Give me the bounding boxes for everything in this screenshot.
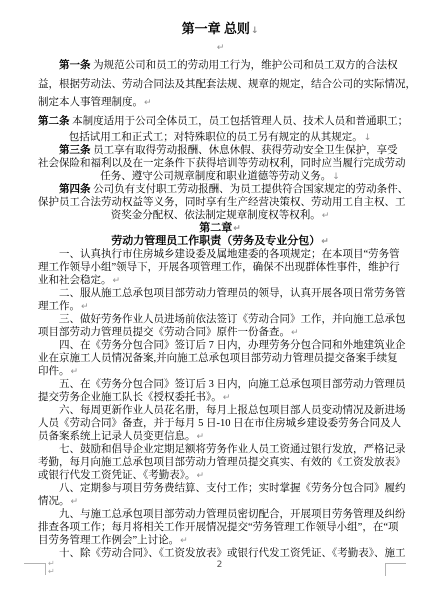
paragraph-mark-icon: ↓: [331, 172, 340, 182]
text-run: 人员《劳动合同》备查，并于每月 5 日-10 日在市住房城乡建设委劳务合同及人: [38, 418, 401, 429]
doc-line: 任务、遵守公司规章制度和职业道德等劳动义务。↓: [38, 170, 402, 183]
doc-line: 第二章↵: [38, 222, 402, 235]
paragraph-mark-icon: ↵: [320, 237, 329, 247]
doc-line: 排查各项工作；每月将相关工作开展情况提交“劳务管理工作领导小组”，在“项: [38, 521, 402, 534]
paragraph-mark-icon: ↵: [196, 471, 205, 481]
text-boundary-corner-right-icon: [385, 563, 406, 576]
doc-line: 项目部劳动力管理员提交《劳动合同》原件一份备查。↵: [38, 326, 402, 339]
bold-text-run: 劳动力管理员工作职责（劳务及专业分包）: [111, 235, 320, 247]
text-run: 社会保险和福利以及在一定条件下获得培训等劳动权利，同时应当履行完成劳动: [38, 158, 406, 169]
text-run: 三、做好劳务作业人员进场前依法签订《劳动合同》工作，并向施工总承包: [59, 314, 406, 325]
doc-line: 第二条 本制度适用于公司全体员工，员工包括管理人员、技术人员和普通职工；: [38, 113, 402, 132]
paragraph-mark-icon: ↵: [232, 224, 241, 234]
doc-line: 第三条 员工享有取得劳动报酬、休息休假、获得劳动安全卫生保护，享受: [38, 144, 402, 157]
paragraph-mark-icon: ↵: [143, 98, 152, 108]
doc-line: 或银行代发工资凭证、《考勤表》。↵: [38, 469, 402, 482]
doc-line: 制定本人事管理制度。↵: [38, 94, 402, 113]
doc-line: 益，根据劳动法、劳动合同法及其配套法规、规章的规定，结合公司的实际情况，: [38, 76, 402, 95]
doc-line: 目劳务管理工作例会”上讨论。↵: [38, 534, 402, 547]
doc-line: 九、与施工总承包项目部劳动力管理员密切配合，开展项目劳务管理及纠纷: [38, 508, 402, 521]
bold-text-run: 第二章: [199, 222, 232, 234]
text-run: 情况。: [38, 496, 70, 507]
text-run: 公司负有支付职工劳动报酬、为员工提供符合国家规定的劳动条件、: [91, 184, 409, 195]
doc-line: 八、定期参与项目劳务费结算、支付工作；实时掌握《劳务分包合同》履约: [38, 482, 402, 495]
text-run: 提交劳务企业施工队长《授权委托书》。: [38, 392, 222, 403]
text-run: 制定本人事管理制度。: [38, 97, 143, 108]
doc-line: 业和社会稳定。↵: [38, 274, 402, 287]
paragraph-mark-icon: ↵: [80, 302, 89, 312]
text-run: 包括试用工和正式工；对特殊职位的员工另有规定的从其规定。: [69, 132, 363, 143]
doc-line: 员备案系统上记录人员变更信息。↵: [38, 430, 402, 443]
doc-line: 五、在《劳务分包合同》签订后 3 日内，向施工总承包项目部劳动力管理员: [38, 378, 402, 391]
doc-line: 包括试用工和正式工；对特殊职位的员工另有规定的从其规定。↓: [38, 131, 402, 144]
bold-text-run: 第四条: [59, 184, 91, 195]
doc-line: 业在京施工人员情况备案,并向施工总承包项目部劳动力管理员提交备案手续复: [38, 352, 402, 365]
text-run: 二、服从施工总承包项目部劳动力管理员的领导，认真开展各项日常劳务管: [59, 288, 406, 299]
doc-line: 第一章 总则↓: [38, 20, 402, 39]
text-run: 一、认真执行市住房城乡建设委及属地建委的各项规定；在本项目“劳务管: [59, 249, 400, 260]
doc-line: 资奖金分配权、依法制定规章制度权等权利。↵: [38, 209, 402, 222]
bold-text-run: 第一条: [59, 60, 91, 71]
doc-line: 第四条 公司负有支付职工劳动报酬、为员工提供符合国家规定的劳动条件、: [38, 183, 402, 196]
doc-line: 印件。↵: [38, 365, 402, 378]
paragraph-mark-icon: ↵: [70, 367, 79, 377]
doc-line: 社会保险和福利以及在一定条件下获得培训等劳动权利，同时应当履行完成劳动: [38, 157, 402, 170]
text-run: 益，根据劳动法、劳动合同法及其配套法规、规章的规定，结合公司的实际情况，: [38, 79, 416, 90]
text-run: 七、鼓励和倡导企业定期足额将劳务作业人员工资通过银行发放，严格记录: [59, 444, 406, 455]
text-run: 印件。: [38, 366, 70, 377]
text-run: 项目部劳动力管理员提交《劳动合同》原件一份备查。: [38, 327, 290, 338]
paragraph-mark-icon: ↵: [179, 536, 188, 546]
bold-text-run: 第二条: [38, 116, 70, 127]
paragraph-mark-icon: ↓: [250, 26, 259, 36]
text-run: 四、在《劳务分包合同》签订后 7 日内，办理劳务分包合同和外地建筑业企: [59, 340, 406, 351]
doc-line: 劳动力管理员工作职责（劳务及专业分包）↵: [38, 235, 402, 248]
text-run: 八、定期参与项目劳务费结算、支付工作；实时掌握《劳务分包合同》履约: [59, 483, 406, 494]
doc-line: 十、除《劳动合同》、《工资发放表》或银行代发工资凭证、《考勤表》、施工: [38, 547, 402, 560]
text-run: 任务、遵守公司规章制度和职业道德等劳动义务。: [100, 171, 331, 182]
text-run: 考勤，每月向施工总承包项目部劳动力管理员提交真实、有效的《工资发放表》: [38, 457, 406, 468]
doc-line: 七、鼓励和倡导企业定期足额将劳务作业人员工资通过银行发放，严格记录: [38, 443, 402, 456]
document-page: 第一章 总则↓↵第一条 为规范公司和员工的劳动用工行为，维护公司和员工双方的合法…: [0, 0, 439, 589]
text-run: 目劳务管理工作例会”上讨论。: [38, 535, 179, 546]
paragraph-mark-icon: ↵: [222, 393, 231, 403]
doc-line: 人员《劳动合同》备查，并于每月 5 日-10 日在市住房城乡建设委劳务合同及人: [38, 417, 402, 430]
text-area: 第一章 总则↓↵第一条 为规范公司和员工的劳动用工行为，维护公司和员工双方的合法…: [38, 20, 402, 560]
text-run: 五、在《劳务分包合同》签订后 3 日内，向施工总承包项目部劳动力管理员: [59, 379, 406, 390]
bold-text-run: 第三条: [59, 145, 91, 156]
text-run: 理工作领导小组”领导下，开展各项管理工作，确保不出现群体性事件，维护行: [38, 262, 400, 273]
text-run: 或银行代发工资凭证、《考勤表》。: [38, 470, 196, 481]
paragraph-mark-icon: ↵: [290, 328, 299, 338]
text-run: 理工作。: [38, 301, 80, 312]
doc-line: 四、在《劳务分包合同》签订后 7 日内，办理劳务分包合同和外地建筑业企: [38, 339, 402, 352]
paragraph-mark-icon: ↵: [70, 497, 79, 507]
doc-line: 六、每周更新作业人员花名册，每月上报总包项目部人员变动情况及新进场: [38, 404, 402, 417]
doc-line: 二、服从施工总承包项目部劳动力管理员的领导，认真开展各项日常劳务管: [38, 287, 402, 300]
doc-line: 理工作领导小组”领导下，开展各项管理工作，确保不出现群体性事件，维护行: [38, 261, 402, 274]
doc-line: 保护员工合法劳动权益等义务，同时享有生产经营决策权、劳动用工自主权、工: [38, 196, 402, 209]
doc-line: 情况。↵: [38, 495, 402, 508]
paragraph-mark-icon: ↵: [321, 211, 330, 221]
text-run: 九、与施工总承包项目部劳动力管理员密切配合，开展项目劳务管理及纠纷: [59, 509, 406, 520]
text-run: 员备案系统上记录人员变更信息。: [38, 431, 196, 442]
text-run: 业和社会稳定。: [38, 275, 112, 286]
doc-line: 提交劳务企业施工队长《授权委托书》。↵: [38, 391, 402, 404]
doc-line: 理工作。↵: [38, 300, 402, 313]
text-run: 本制度适用于公司全体员工，员工包括管理人员、技术人员和普通职工；: [70, 116, 409, 127]
doc-line: 一、认真执行市住房城乡建设委及属地建委的各项规定；在本项目“劳务管: [38, 248, 402, 261]
doc-line: 三、做好劳务作业人员进场前依法签订《劳动合同》工作，并向施工总承包: [38, 313, 402, 326]
paragraph-mark-icon: ↵: [196, 432, 205, 442]
text-run: 业在京施工人员情况备案,并向施工总承包项目部劳动力管理员提交备案手续复: [38, 353, 398, 364]
paragraph-mark-icon: ↓: [363, 133, 372, 143]
doc-line: 考勤，每月向施工总承包项目部劳动力管理员提交真实、有效的《工资发放表》: [38, 456, 402, 469]
text-run: 六、每周更新作业人员花名册，每月上报总包项目部人员变动情况及新进场: [59, 405, 406, 416]
text-run: 排查各项工作；每月将相关工作开展情况提交“劳务管理工作领导小组”，在“项: [38, 522, 398, 533]
doc-line: ↵: [38, 39, 402, 58]
text-run: 保护员工合法劳动权益等义务，同时享有生产经营决策权、劳动用工自主权、工: [38, 197, 406, 208]
text-run: 十、除《劳动合同》、《工资发放表》或银行代发工资凭证、《考勤表》、施工: [59, 548, 406, 559]
paragraph-mark-icon: ↵: [112, 276, 121, 286]
text-run: 资奖金分配权、依法制定规章制度权等权利。: [111, 210, 321, 221]
text-run: 为规范公司和员工的劳动用工行为，维护公司和员工双方的合法权: [91, 60, 398, 71]
page-number: 2: [0, 560, 439, 571]
bold-text-run: 第一章 总则: [182, 21, 250, 36]
doc-line: 第一条 为规范公司和员工的劳动用工行为，维护公司和员工双方的合法权: [38, 57, 402, 76]
paragraph-mark-icon: ↵: [216, 43, 225, 53]
text-run: 员工享有取得劳动报酬、休息休假、获得劳动安全卫生保护，享受: [91, 145, 398, 156]
